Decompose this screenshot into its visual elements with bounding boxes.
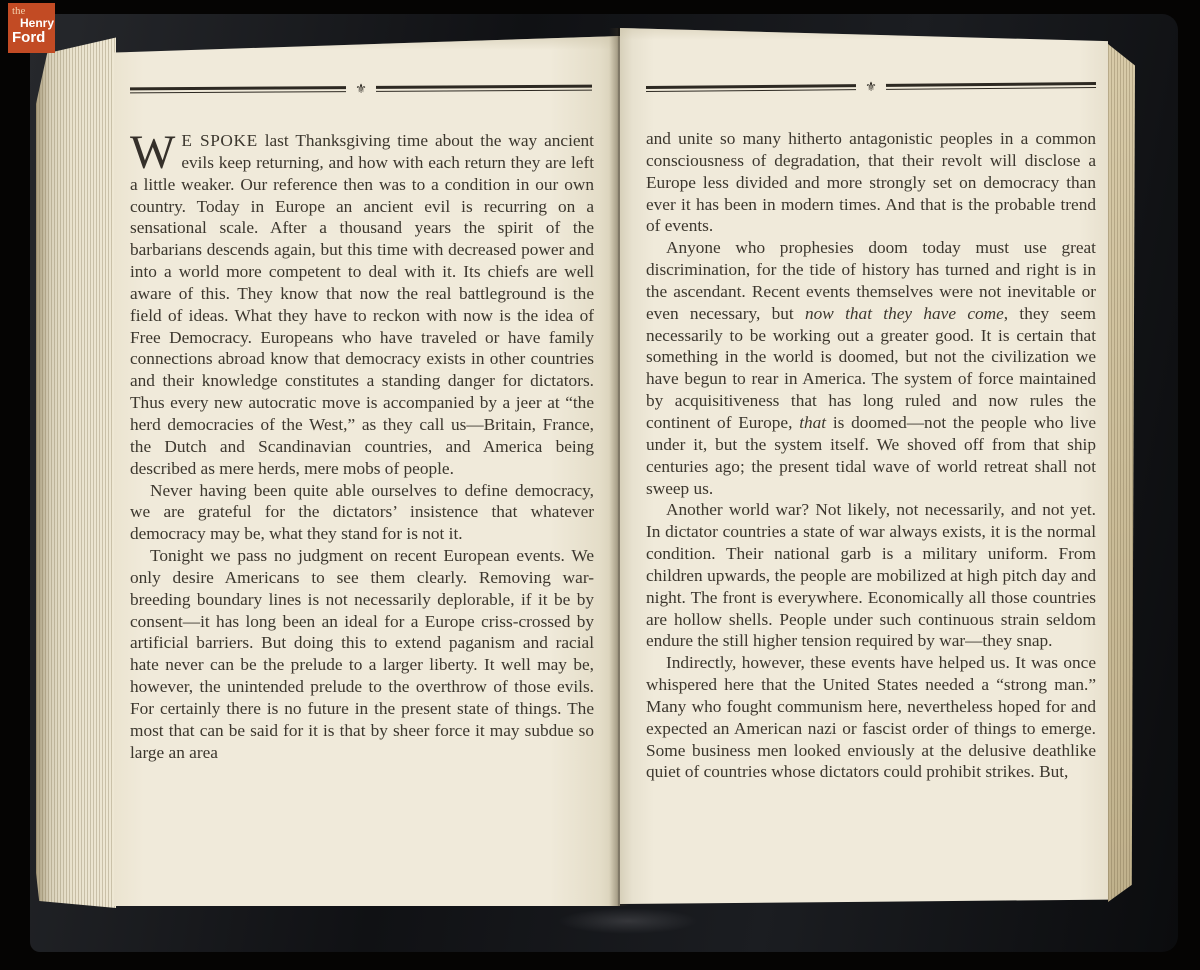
left-page: ⚜ WE SPOKE last Thanksgiving time about … xyxy=(114,36,620,906)
rule-line xyxy=(376,84,592,91)
paragraph: Indirectly, however, these events have h… xyxy=(646,652,1096,783)
fleur-ornament-icon: ⚜ xyxy=(355,82,367,95)
text-run: Another world war? Not likely, not neces… xyxy=(646,500,1096,650)
paragraph: Another world war? Not likely, not neces… xyxy=(646,499,1096,652)
paragraph: WE SPOKE last Thanksgiving time about th… xyxy=(130,130,594,480)
text-run: W xyxy=(130,130,181,172)
paragraph: Anyone who prophesies doom today must us… xyxy=(646,237,1096,499)
right-page-text: and unite so many hitherto antagonistic … xyxy=(646,128,1096,783)
left-header-rule: ⚜ xyxy=(130,81,592,97)
text-run: E SPOKE xyxy=(181,131,257,150)
text-run: Indirectly, however, these events have h… xyxy=(646,653,1096,781)
book-photo: ⚜ WE SPOKE last Thanksgiving time about … xyxy=(0,0,1200,970)
left-page-edges xyxy=(36,34,116,908)
text-run: Tonight we pass no judgment on recent Eu… xyxy=(130,546,594,762)
right-page: ⚜ and unite so many hitherto antagonisti… xyxy=(620,28,1108,904)
text-run: and unite so many hitherto antagonistic … xyxy=(646,129,1096,235)
text-run: last Thanksgiving time about the way anc… xyxy=(130,131,594,478)
left-page-text: WE SPOKE last Thanksgiving time about th… xyxy=(130,130,594,763)
right-page-edges xyxy=(1108,44,1135,902)
henry-ford-logo: the Henry Ford xyxy=(8,3,55,53)
fleur-ornament-icon: ⚜ xyxy=(865,80,877,93)
text-run: that xyxy=(799,413,826,432)
rule-line xyxy=(130,86,346,93)
logo-ford: Ford xyxy=(12,30,51,46)
paragraph: Tonight we pass no judgment on recent Eu… xyxy=(130,545,594,763)
paragraph: and unite so many hitherto antagonistic … xyxy=(646,128,1096,237)
rule-line xyxy=(646,84,856,92)
right-header-rule: ⚜ xyxy=(646,78,1096,95)
text-run: Never having been quite able ourselves t… xyxy=(130,481,594,544)
rule-line xyxy=(886,82,1096,90)
text-run: now that they have come xyxy=(805,304,1004,323)
paragraph: Never having been quite able ourselves t… xyxy=(130,480,594,546)
